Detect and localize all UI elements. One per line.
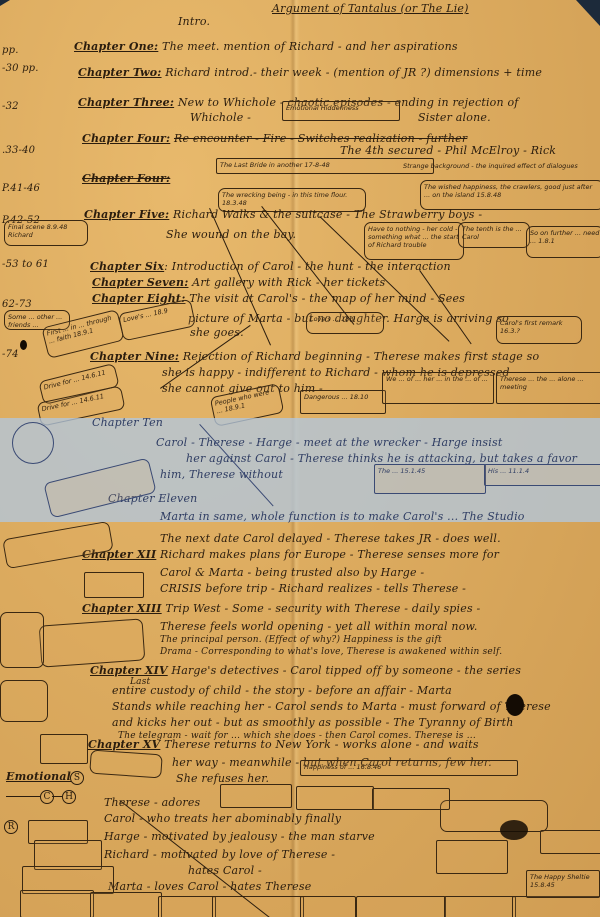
- chapter-six: Chapter Six: Introduction of Carol - the…: [90, 260, 451, 273]
- chapter-four-struck: Chapter Four:: [82, 172, 170, 185]
- margin-note: [300, 896, 356, 917]
- chapter-fifteen: Chapter XV Therese returns to New York -…: [88, 738, 479, 751]
- margin-note: Dangerous ... 18.10: [300, 390, 386, 414]
- chapter-twelve-crisis: CRISIS before trip - Richard realizes - …: [160, 582, 466, 595]
- chapter-label: Chapter Three:: [78, 96, 174, 109]
- summary-line: Harge - motivated by jealousy - the man …: [104, 830, 375, 843]
- margin-note: [444, 896, 516, 917]
- ink-blot: [506, 694, 524, 716]
- margin-note: Carol's first remark 16.3.?: [496, 316, 582, 344]
- margin-note: [512, 896, 600, 917]
- chapter-text: Rejection of Richard beginning - Therese…: [183, 350, 539, 363]
- chapter-fourteen-cont3: and kicks her out - but as smoothly as p…: [112, 716, 514, 729]
- chapter-text: Therese returns to New York - works alon…: [164, 738, 479, 751]
- margin-note: Love's ... 18.9: [306, 312, 384, 334]
- chapter-five: Chapter Five: Richard Walks & the suitca…: [84, 208, 482, 221]
- chapter-label: Chapter Five:: [84, 208, 169, 221]
- chapter-four-cont: The 4th secured - Phil McElroy - Rick: [340, 144, 556, 157]
- diagram-node: C: [40, 790, 54, 804]
- chapter-fourteen-cont: entire custody of child - the story - be…: [112, 684, 452, 697]
- margin-note: [0, 680, 48, 722]
- chapter-label: Chapter Six: [90, 260, 164, 273]
- margin-note: Happiness of ... 16.8.46: [300, 760, 518, 776]
- chapter-thirteen-cont: Therese feels world opening - yet all wi…: [160, 620, 478, 633]
- chapter-thirteen: Chapter XIII Trip West - Some - security…: [82, 602, 480, 615]
- chapter-label: Chapter Nine:: [90, 350, 179, 363]
- chapter-ten-end: him, Therese without: [160, 468, 283, 481]
- chapter-label: Chapter Two:: [78, 66, 162, 79]
- chapter-label: Chapter Ten: [92, 416, 163, 429]
- margin-note: [356, 896, 446, 917]
- chapter-text: Richard introd.- their week - (mention o…: [165, 66, 542, 79]
- circle-diagram: [12, 422, 54, 464]
- margin-page-number: -53 to 61: [2, 258, 49, 271]
- margin-note: We ... of ... her ... in the ... of ...: [382, 372, 494, 404]
- summary-line: Therese - adores: [104, 796, 200, 809]
- margin-note: The Happy Sheltie 15.8.45: [526, 870, 600, 898]
- margin-note: Strange background - the inquired effect…: [400, 160, 600, 174]
- summary-line: Carol - who treats her abominably finall…: [104, 812, 341, 825]
- chapter-fourteen: Chapter XIV Harge's detectives - Carol t…: [90, 664, 521, 677]
- margin-note: Have to nothing - her cold - something w…: [364, 222, 464, 260]
- margin-note: [39, 618, 146, 667]
- margin-note: [296, 786, 374, 810]
- margin-note: His ... 11.1.4: [484, 464, 600, 486]
- chapter-label: Chapter XV: [88, 738, 160, 751]
- next-date-line: The next date Carol delayed - Therese ta…: [160, 532, 501, 545]
- margin-note: Therese ... the ... alone ... meeting: [496, 372, 600, 404]
- margin-page-number: -74: [2, 348, 19, 361]
- intro-label: Intro.: [178, 15, 210, 28]
- margin-note: [84, 572, 144, 598]
- margin-note: [212, 896, 304, 917]
- chapter-text: Richard Walks & the suitcase - The Straw…: [173, 208, 482, 221]
- margin-note: Final scene 8.9.48 Richard: [4, 220, 88, 246]
- margin-note: [440, 800, 548, 832]
- margin-note: [220, 784, 292, 808]
- chapter-twelve-cont: Carol & Marta - being trusted also by Ha…: [160, 566, 424, 579]
- chapter-two: Chapter Two: Richard introd.- their week…: [78, 66, 542, 79]
- chapter-label: Chapter XIII: [82, 602, 162, 615]
- chapter-nine: Chapter Nine: Rejection of Richard begin…: [90, 350, 539, 363]
- chapter-label: Chapter Four:: [82, 132, 170, 145]
- margin-note: So on further ... need ... 1.8.1: [526, 226, 600, 258]
- chapter-eight-end: she goes.: [190, 326, 244, 339]
- margin-note: The ... 15.1.45: [374, 464, 486, 494]
- chapter-text: Art gallery with Rick - her tickets: [192, 276, 385, 289]
- chapter-ten-text: Carol - Therese - Harge - meet at the wr…: [156, 436, 502, 449]
- emotional-heading: Emotional: [6, 770, 71, 783]
- chapter-fourteen-cont2: Stands while reaching her - Carol sends …: [112, 700, 551, 713]
- margin-note: The tenth is the ... Carol: [458, 222, 530, 248]
- ink-blot: [20, 340, 27, 350]
- margin-page-number: -32: [2, 100, 19, 113]
- margin-note: [20, 890, 94, 917]
- chapter-twelve: Chapter XII Richard makes plans for Euro…: [82, 548, 499, 561]
- margin-page-number: -30 pp.: [2, 62, 39, 75]
- chapter-label: Chapter Seven:: [92, 276, 188, 289]
- chapter-text: The meet. mention of Richard - and her a…: [162, 40, 458, 53]
- scan-corner-left: [0, 0, 10, 6]
- chapter-text: The visit at Carol's - the map of her mi…: [189, 292, 465, 305]
- chapter-text: Trip West - Some - security with Therese…: [165, 602, 480, 615]
- chapter-label: Chapter One:: [74, 40, 158, 53]
- chapter-five-cont: She wound on the bay.: [166, 228, 296, 241]
- chapter-three-end: Sister alone.: [418, 111, 491, 124]
- margin-note: [540, 830, 600, 854]
- margin-note: [158, 896, 216, 917]
- diagram-node: S: [70, 771, 84, 785]
- ink-smudge: [500, 820, 528, 840]
- chapter-eleven-text: Marta in same, whole function is to make…: [160, 510, 525, 523]
- margin-note: The wished happiness, the crawlers, good…: [420, 180, 600, 210]
- scan-corner: [576, 0, 600, 26]
- chapter-text: Harge's detectives - Carol tipped off by…: [171, 664, 521, 677]
- diagram-edge: [6, 796, 40, 797]
- margin-note: [90, 892, 162, 917]
- margin-note: [372, 788, 450, 810]
- margin-page-number: P.41-46: [2, 182, 40, 195]
- diagram-node: R: [4, 820, 18, 834]
- chapter-seven: Chapter Seven: Art gallery with Rick - h…: [92, 276, 385, 289]
- margin-note: [436, 840, 508, 874]
- margin-note: Emotional Hiddenness: [282, 101, 400, 121]
- chapter-label: Chapter XIV: [90, 664, 168, 677]
- page-title: Argument of Tantalus (or The Lie): [272, 2, 469, 15]
- diagram-edge: [52, 796, 62, 797]
- summary-line: Richard - motivated by love of Therese -: [104, 848, 335, 861]
- chapter-one: Chapter One: The meet. mention of Richar…: [74, 40, 458, 53]
- margin-note: [89, 750, 162, 779]
- chapter-ten-label: Chapter Ten: [92, 416, 163, 429]
- chapter-thirteen-drama: Drama - Corresponding to what's love, Th…: [160, 646, 502, 659]
- margin-page-number: .33-40: [2, 144, 35, 157]
- diagram-node: H: [62, 790, 76, 804]
- chapter-text: Richard makes plans for Europe - Therese…: [160, 548, 499, 561]
- chapter-three-cont: Whichole -: [190, 111, 251, 124]
- margin-note: [0, 612, 44, 668]
- margin-note: [40, 734, 88, 764]
- margin-page-number: pp.: [2, 44, 19, 57]
- summary-line: hates Carol -: [188, 864, 262, 877]
